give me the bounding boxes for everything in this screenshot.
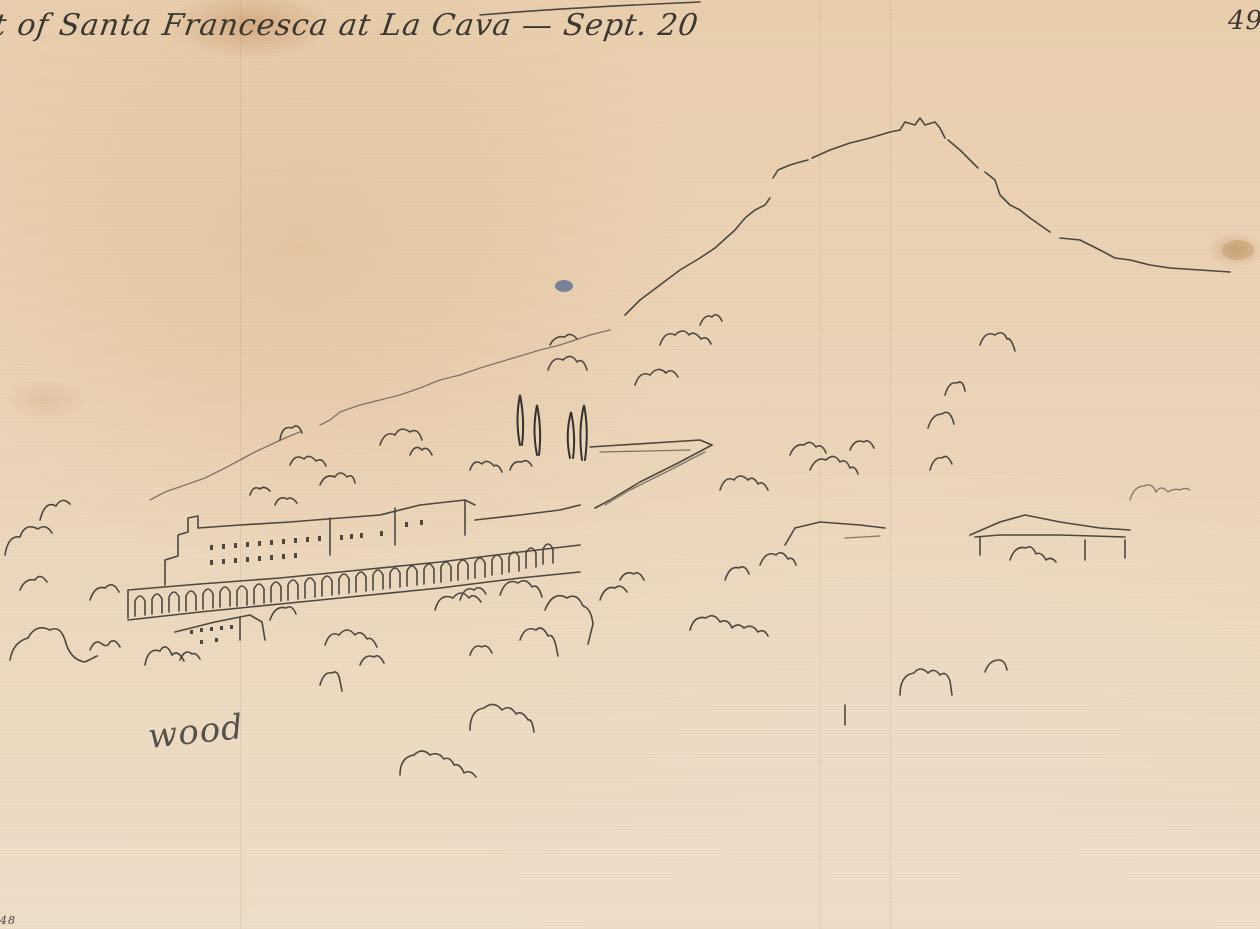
terrace-wall [590, 440, 712, 508]
mountain-peak [625, 118, 1230, 315]
small-villa [175, 615, 265, 644]
top-stroke [480, 2, 700, 15]
pencil-drawing [0, 0, 1260, 929]
sketch-sheet: t of Santa Francesca at La Cava — Sept. … [0, 0, 1260, 929]
distant-houses [785, 515, 1130, 560]
foreground-shrubs [5, 500, 1056, 777]
blue-ink-spot [555, 280, 573, 292]
hillside-ridge [150, 330, 610, 500]
monastery-windows [210, 520, 423, 565]
cypress-trees [518, 395, 587, 460]
upper-shrubs [250, 315, 1190, 505]
right-edge-stain [1222, 240, 1254, 260]
arcade-arches [135, 544, 553, 616]
monastery [128, 500, 580, 620]
